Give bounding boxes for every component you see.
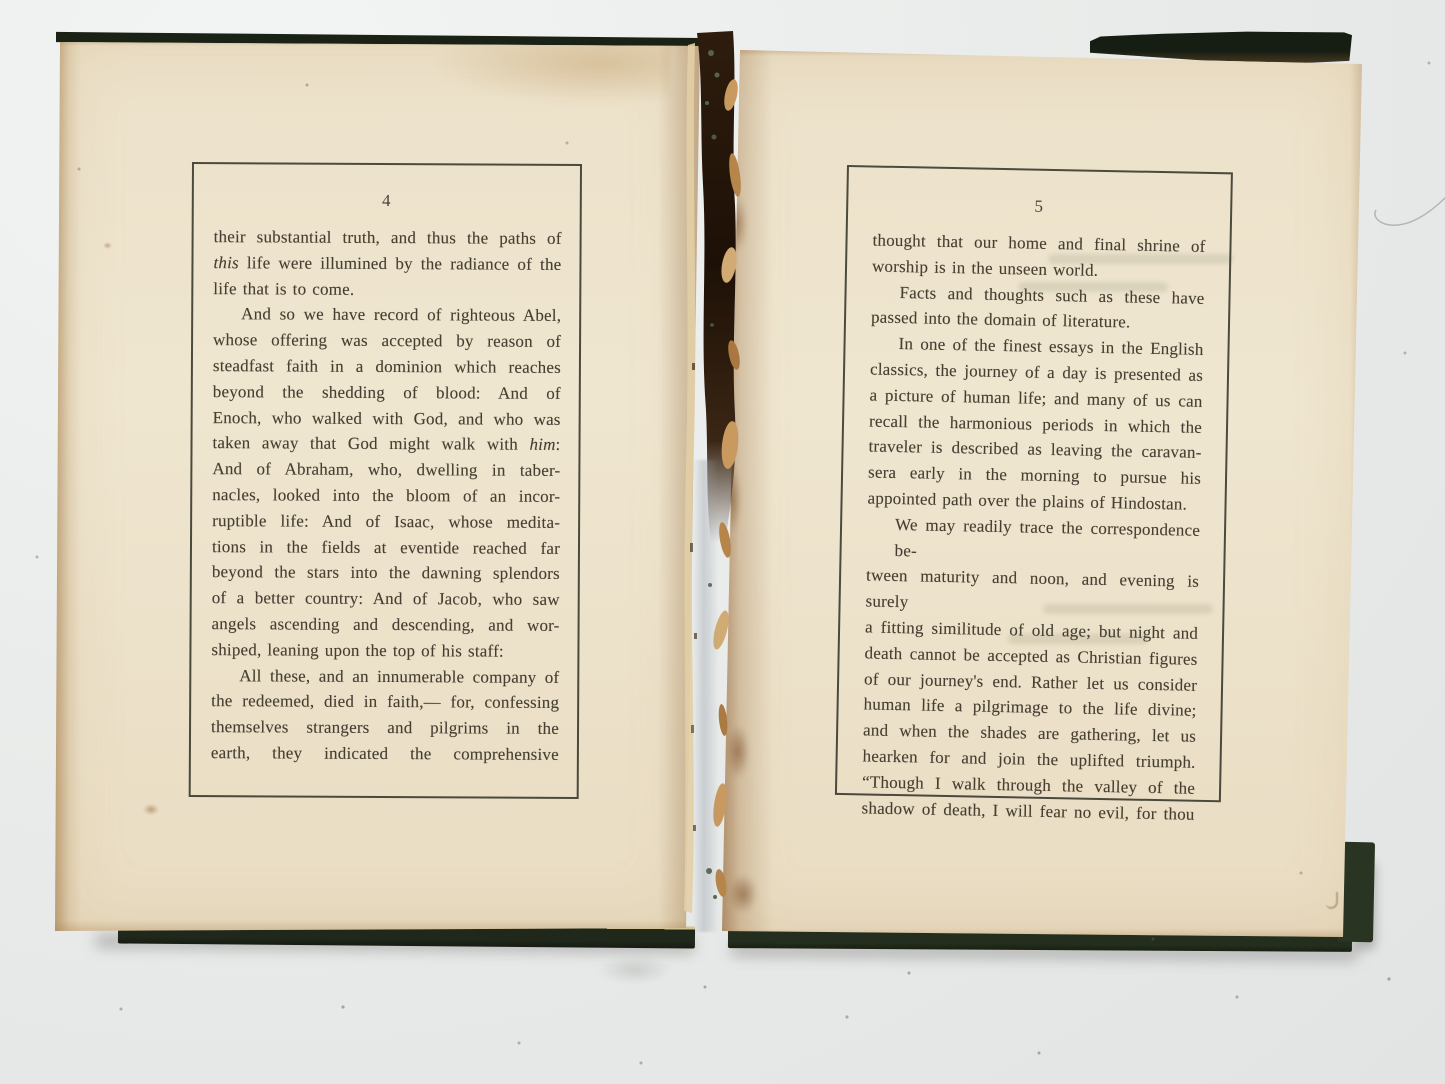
backdrop-smudge — [598, 956, 672, 984]
text-line: beyond the stars into the dawning splend… — [212, 559, 560, 587]
text-line: tween maturity and noon, and evening is … — [865, 563, 1199, 621]
text-line: And of Abraham, who, dwelling in taber- — [212, 456, 560, 484]
page-left-fox-spot — [143, 804, 159, 815]
page-text-right: thought that our home and final shrine o… — [836, 227, 1229, 828]
page-left-edge-foxing — [55, 36, 81, 936]
text-line: angels ascending and descending, and wor… — [212, 611, 560, 639]
page-right: 5 thought that our home and final shrine… — [718, 44, 1368, 942]
page-left: 4 their substantial truth, and thus the … — [55, 36, 700, 936]
printed-border-frame-right: 5 thought that our home and final shrine… — [835, 165, 1233, 802]
text-line: life that is to come. — [213, 276, 561, 304]
page-text-left: their substantial truth, and thus the pa… — [191, 224, 580, 768]
text-line: the redeemed, died in faith,— for, confe… — [211, 688, 559, 716]
gutter-gap-shadow — [693, 460, 717, 932]
dust-specks — [0, 0, 2, 2]
text-line: steadfast faith in a dominion which reac… — [213, 353, 561, 381]
page-right-edge-toning — [1350, 44, 1368, 942]
text-line: this life were illumined by the radiance… — [213, 250, 561, 278]
text-line: We may readily trace the correspondence … — [866, 511, 1200, 569]
text-line: whose offering was accepted by reason of — [213, 327, 561, 355]
text-line: ruptible life: And of Isaac, whose medit… — [212, 508, 560, 536]
text-line: shiped, leaning upon the top of his staf… — [211, 637, 559, 665]
text-line: All these, and an innumerable company of — [211, 663, 559, 691]
text-line: Enoch, who walked with God, and who was — [213, 405, 561, 433]
text-line: of a better country: And of Jacob, who s… — [212, 585, 560, 613]
page-number-right: 5 — [848, 193, 1230, 220]
page-left-fox-spot — [103, 242, 112, 249]
text-line: tions in the fields at eventide reached … — [212, 534, 560, 562]
printed-border-frame-left: 4 their substantial truth, and thus the … — [189, 162, 582, 799]
book-gutter-torn-edges — [665, 25, 785, 940]
page-number-left: 4 — [194, 190, 580, 212]
text-line: taken away that God might walk with him: — [212, 430, 560, 458]
page-right-small-stain — [1326, 892, 1338, 909]
text-line: their substantial truth, and thus the pa… — [214, 224, 562, 252]
text-line: nacles, looked into the bloom of an inco… — [212, 482, 560, 510]
text-line: themselves strangers and pilgrims in the — [211, 714, 559, 742]
text-line: earth, they indicated the comprehensive — [211, 740, 559, 768]
stray-hair — [1368, 193, 1445, 238]
text-line: beyond the shedding of blood: And of — [213, 379, 561, 407]
page-left-corner-stain — [435, 42, 670, 104]
book-photo: 4 their substantial truth, and thus the … — [0, 0, 1445, 1084]
text-line: And so we have record of righteous Abel, — [213, 302, 561, 330]
